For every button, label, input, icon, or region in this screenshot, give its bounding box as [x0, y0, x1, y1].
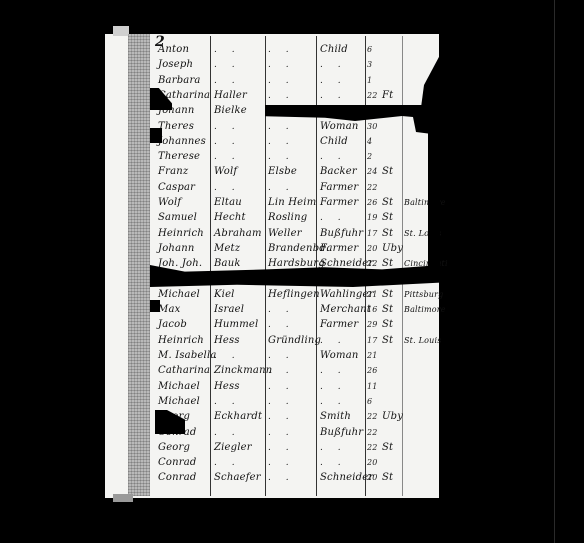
row-occupation: Schneider	[320, 472, 373, 484]
row-origin: Heflingen	[268, 289, 320, 301]
row-occupation: Farmer	[320, 182, 358, 194]
row-surname: Kiel	[214, 289, 235, 301]
row-surname: Eltau	[214, 197, 242, 209]
binding-foot	[113, 494, 133, 502]
row-origin: . .	[268, 121, 295, 133]
row-given: Barbara	[158, 75, 201, 87]
column-rule	[210, 36, 211, 496]
row-given: Johann	[158, 243, 195, 255]
row-age: 2	[367, 151, 372, 163]
tear-damage	[150, 128, 162, 143]
row-given: Conrad	[158, 472, 196, 484]
row-sex: St	[382, 228, 393, 240]
row-origin: . .	[268, 304, 295, 316]
row-sex: St	[382, 442, 393, 454]
row-occupation: Child	[320, 136, 348, 148]
row-dest: St. Louis	[404, 335, 442, 347]
row-surname: Wolf	[214, 166, 237, 178]
row-sex: St	[382, 212, 393, 224]
row-age: 3	[367, 59, 372, 71]
row-origin: . .	[268, 151, 295, 163]
row-given: Michael	[158, 289, 200, 301]
row-occupation: . .	[320, 442, 347, 454]
binding-tab	[113, 26, 129, 36]
row-origin: . .	[268, 427, 295, 439]
row-age: 20	[367, 457, 378, 469]
row-origin: Elsbe	[268, 166, 297, 178]
row-origin: . .	[268, 442, 295, 454]
row-origin: . .	[268, 350, 295, 362]
row-surname: Ziegler	[214, 442, 252, 454]
row-age: 26	[367, 197, 378, 209]
row-occupation: Child	[320, 44, 348, 56]
row-origin: Gründling	[268, 335, 321, 347]
row-age: 22	[367, 182, 378, 194]
row-origin: Lin Heim	[268, 197, 316, 209]
row-given: Max	[158, 304, 180, 316]
row-origin: Rosling	[268, 212, 307, 224]
row-occupation: . .	[320, 335, 347, 347]
row-occupation: Farmer	[320, 243, 358, 255]
row-given: Catharina	[158, 365, 210, 377]
row-surname: Haller	[214, 90, 247, 102]
row-occupation: . .	[320, 381, 347, 393]
row-occupation: Farmer	[320, 197, 358, 209]
row-occupation: . .	[320, 75, 347, 87]
row-origin: . .	[268, 396, 295, 408]
row-surname: . .	[214, 457, 241, 469]
row-origin: . .	[268, 59, 295, 71]
row-sex: St	[382, 335, 393, 347]
row-given: Jacob	[158, 319, 187, 331]
row-occupation: . .	[320, 396, 347, 408]
row-age: 17	[367, 228, 378, 240]
scan-edge-line	[554, 0, 555, 543]
row-age: 22	[367, 258, 378, 270]
row-age: 22	[367, 442, 378, 454]
row-surname: Israel	[214, 304, 244, 316]
row-origin: . .	[268, 457, 295, 469]
row-occupation: . .	[320, 457, 347, 469]
row-age: 26	[367, 365, 378, 377]
row-surname: Hess	[214, 381, 240, 393]
row-age: 24	[367, 166, 378, 178]
row-occupation: . .	[320, 365, 347, 377]
row-origin: . .	[268, 411, 295, 423]
row-age: 21	[367, 350, 378, 362]
row-surname: Zinckmann	[214, 365, 272, 377]
row-origin: . .	[268, 136, 295, 148]
row-occupation: Woman	[320, 121, 359, 133]
row-surname: . .	[214, 350, 241, 362]
row-surname: . .	[214, 182, 241, 194]
row-sex: Uby	[382, 411, 403, 423]
row-age: 21	[367, 289, 378, 301]
row-dest: Baltimore	[404, 304, 446, 316]
row-occupation: . .	[320, 90, 347, 102]
row-age: 11	[367, 381, 378, 393]
tear-damage	[150, 300, 160, 312]
row-age: 19	[367, 212, 378, 224]
row-occupation: Wahlinger	[320, 289, 374, 301]
row-origin: . .	[268, 319, 295, 331]
row-given: Heinrich	[158, 228, 204, 240]
row-origin: . .	[268, 381, 295, 393]
tear-damage	[428, 130, 440, 270]
row-age: 22	[367, 427, 378, 439]
row-given: M. Isabella	[158, 350, 217, 362]
row-given: Michael	[158, 381, 200, 393]
row-sex: St	[382, 197, 393, 209]
row-surname: Bauk	[214, 258, 241, 270]
row-given: Heinrich	[158, 335, 204, 347]
row-age: 29	[367, 319, 378, 331]
row-occupation: Woman	[320, 350, 359, 362]
row-occupation: Backer	[320, 166, 357, 178]
row-age: 22	[367, 90, 378, 102]
row-surname: . .	[214, 44, 241, 56]
row-given: Therese	[158, 151, 200, 163]
row-age: 6	[367, 44, 372, 56]
row-given: Georg	[158, 442, 190, 454]
row-occupation: . .	[320, 212, 347, 224]
row-age: 20	[367, 243, 378, 255]
row-age: 1	[367, 75, 372, 87]
row-age: 20	[367, 472, 378, 484]
row-origin: . .	[268, 365, 295, 377]
row-origin: . .	[268, 182, 295, 194]
row-surname: . .	[214, 121, 241, 133]
row-occupation: Bußfuhr	[320, 228, 363, 240]
row-given: Wolf	[158, 197, 181, 209]
row-origin: . .	[268, 472, 295, 484]
row-sex: St	[382, 304, 393, 316]
row-surname: . .	[214, 59, 241, 71]
row-given: Johannes	[158, 136, 206, 148]
row-occupation: Smith	[320, 411, 351, 423]
row-surname: . .	[214, 396, 241, 408]
row-given: Conrad	[158, 457, 196, 469]
row-age: 17	[367, 335, 378, 347]
row-given: Anton	[158, 44, 189, 56]
row-surname: . .	[214, 427, 241, 439]
row-dest: Pittsburg	[404, 289, 444, 301]
row-surname: . .	[214, 75, 241, 87]
row-age: 22	[367, 411, 378, 423]
row-surname: Schaefer	[214, 472, 261, 484]
row-surname: Metz	[214, 243, 240, 255]
row-age: 16	[367, 304, 378, 316]
row-given: Franz	[158, 166, 188, 178]
row-given: Samuel	[158, 212, 197, 224]
row-origin: Weller	[268, 228, 302, 240]
row-occupation: Farmer	[320, 319, 358, 331]
row-surname: Hummel	[214, 319, 258, 331]
row-given: Theres	[158, 121, 194, 133]
row-origin: . .	[268, 44, 295, 56]
row-age: 30	[367, 121, 378, 133]
row-surname: Hess	[214, 335, 240, 347]
row-occupation: Bußfuhr	[320, 427, 363, 439]
row-occupation: Merchant	[320, 304, 371, 316]
row-origin: . .	[268, 90, 295, 102]
row-surname: Bielke	[214, 105, 247, 117]
row-sex: St	[382, 166, 393, 178]
row-given: Michael	[158, 396, 200, 408]
row-age: 6	[367, 396, 372, 408]
row-origin: . .	[268, 75, 295, 87]
row-sex: Uby	[382, 243, 403, 255]
row-sex: St	[382, 258, 393, 270]
row-surname: Eckhardt	[214, 411, 262, 423]
row-surname: . .	[214, 136, 241, 148]
page-binding-strip	[128, 34, 150, 496]
row-sex: Ft	[382, 90, 393, 102]
row-given: Caspar	[158, 182, 195, 194]
row-sex: St	[382, 289, 393, 301]
row-given: Joseph	[158, 59, 193, 71]
row-surname: Abraham	[214, 228, 262, 240]
row-occupation: . .	[320, 59, 347, 71]
row-sex: St	[382, 319, 393, 331]
row-occupation: . .	[320, 151, 347, 163]
row-surname: . .	[214, 151, 241, 163]
row-age: 4	[367, 136, 372, 148]
row-surname: Hecht	[214, 212, 246, 224]
row-sex: St	[382, 472, 393, 484]
